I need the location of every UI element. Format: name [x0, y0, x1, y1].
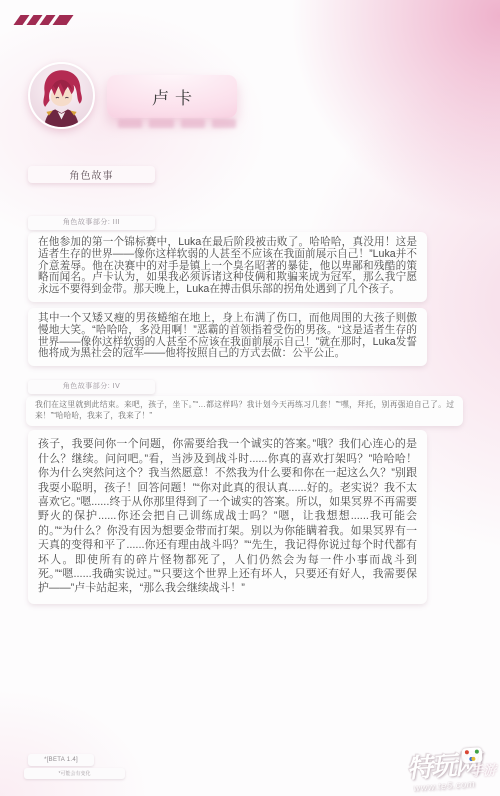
watermark: 特玩网 www.te5.com 手游 — [387, 742, 500, 796]
story-card-text: 其中一个又矮又瘦的男孩蜷缩在地上，身上布满了伤口，而他周围的大孩子则傲慢地大笑。… — [38, 313, 417, 360]
story-card: 孩子，我要问你一个问题，你需要给我一个诚实的答案。”哦？我们心连心的是什么？继续… — [28, 430, 427, 603]
slash-icon — [52, 15, 73, 25]
character-name: 卢卡 — [146, 84, 198, 109]
top-slashes-decoration — [17, 15, 70, 25]
story-card-text: 在他参加的第一个锦标赛中，Luka在最后阶段被击败了。哈哈哈，真没用！这是适者生… — [38, 237, 417, 296]
story-part-chip-3: 角色故事部分: III — [28, 216, 155, 230]
story-card: 其中一个又矮又瘦的男孩蜷缩在地上，身上布满了伤口，而他周围的大孩子则傲慢地大笑。… — [28, 308, 427, 366]
page-background: 卢卡 角色故事 角色故事部分: III 在他参加的第一个锦标赛中，Luka在最后… — [0, 0, 500, 796]
story-part-chip-4: 角色故事部分: IV — [28, 380, 155, 394]
beta-version-chip: *[BETA 1.4] — [28, 754, 94, 766]
avatar-image — [30, 64, 93, 127]
beta-note-chip: *可能会有变化 — [24, 768, 125, 779]
character-avatar — [28, 62, 95, 129]
section-tab-label: 角色故事 — [70, 167, 114, 182]
section-tab-character-story[interactable]: 角色故事 — [28, 166, 155, 183]
story-content: 角色故事部分: III 在他参加的第一个锦标赛中，Luka在最后阶段被击败了。哈… — [28, 211, 427, 610]
story-card-text: 孩子，我要问你一个问题，你需要给我一个诚实的答案。”哦？我们心连心的是什么？继续… — [38, 437, 417, 595]
story-card: 在他参加的第一个锦标赛中，Luka在最后阶段被击败了。哈哈哈，真没用！这是适者生… — [28, 232, 427, 302]
story-card-text: 我们在这里就到此结束。来吧，孩子，坐下。”“…都这样吗？我计划今天再练习几套！”… — [35, 400, 454, 421]
watermark-tagline: 手游 — [470, 759, 497, 780]
character-name-plate: 卢卡 — [107, 75, 237, 118]
story-card: 我们在这里就到此结束。来吧，孩子，坐下。”“…都这样吗？我计划今天再练习几套！”… — [26, 396, 463, 426]
ghost-tabs-decoration — [118, 119, 236, 128]
